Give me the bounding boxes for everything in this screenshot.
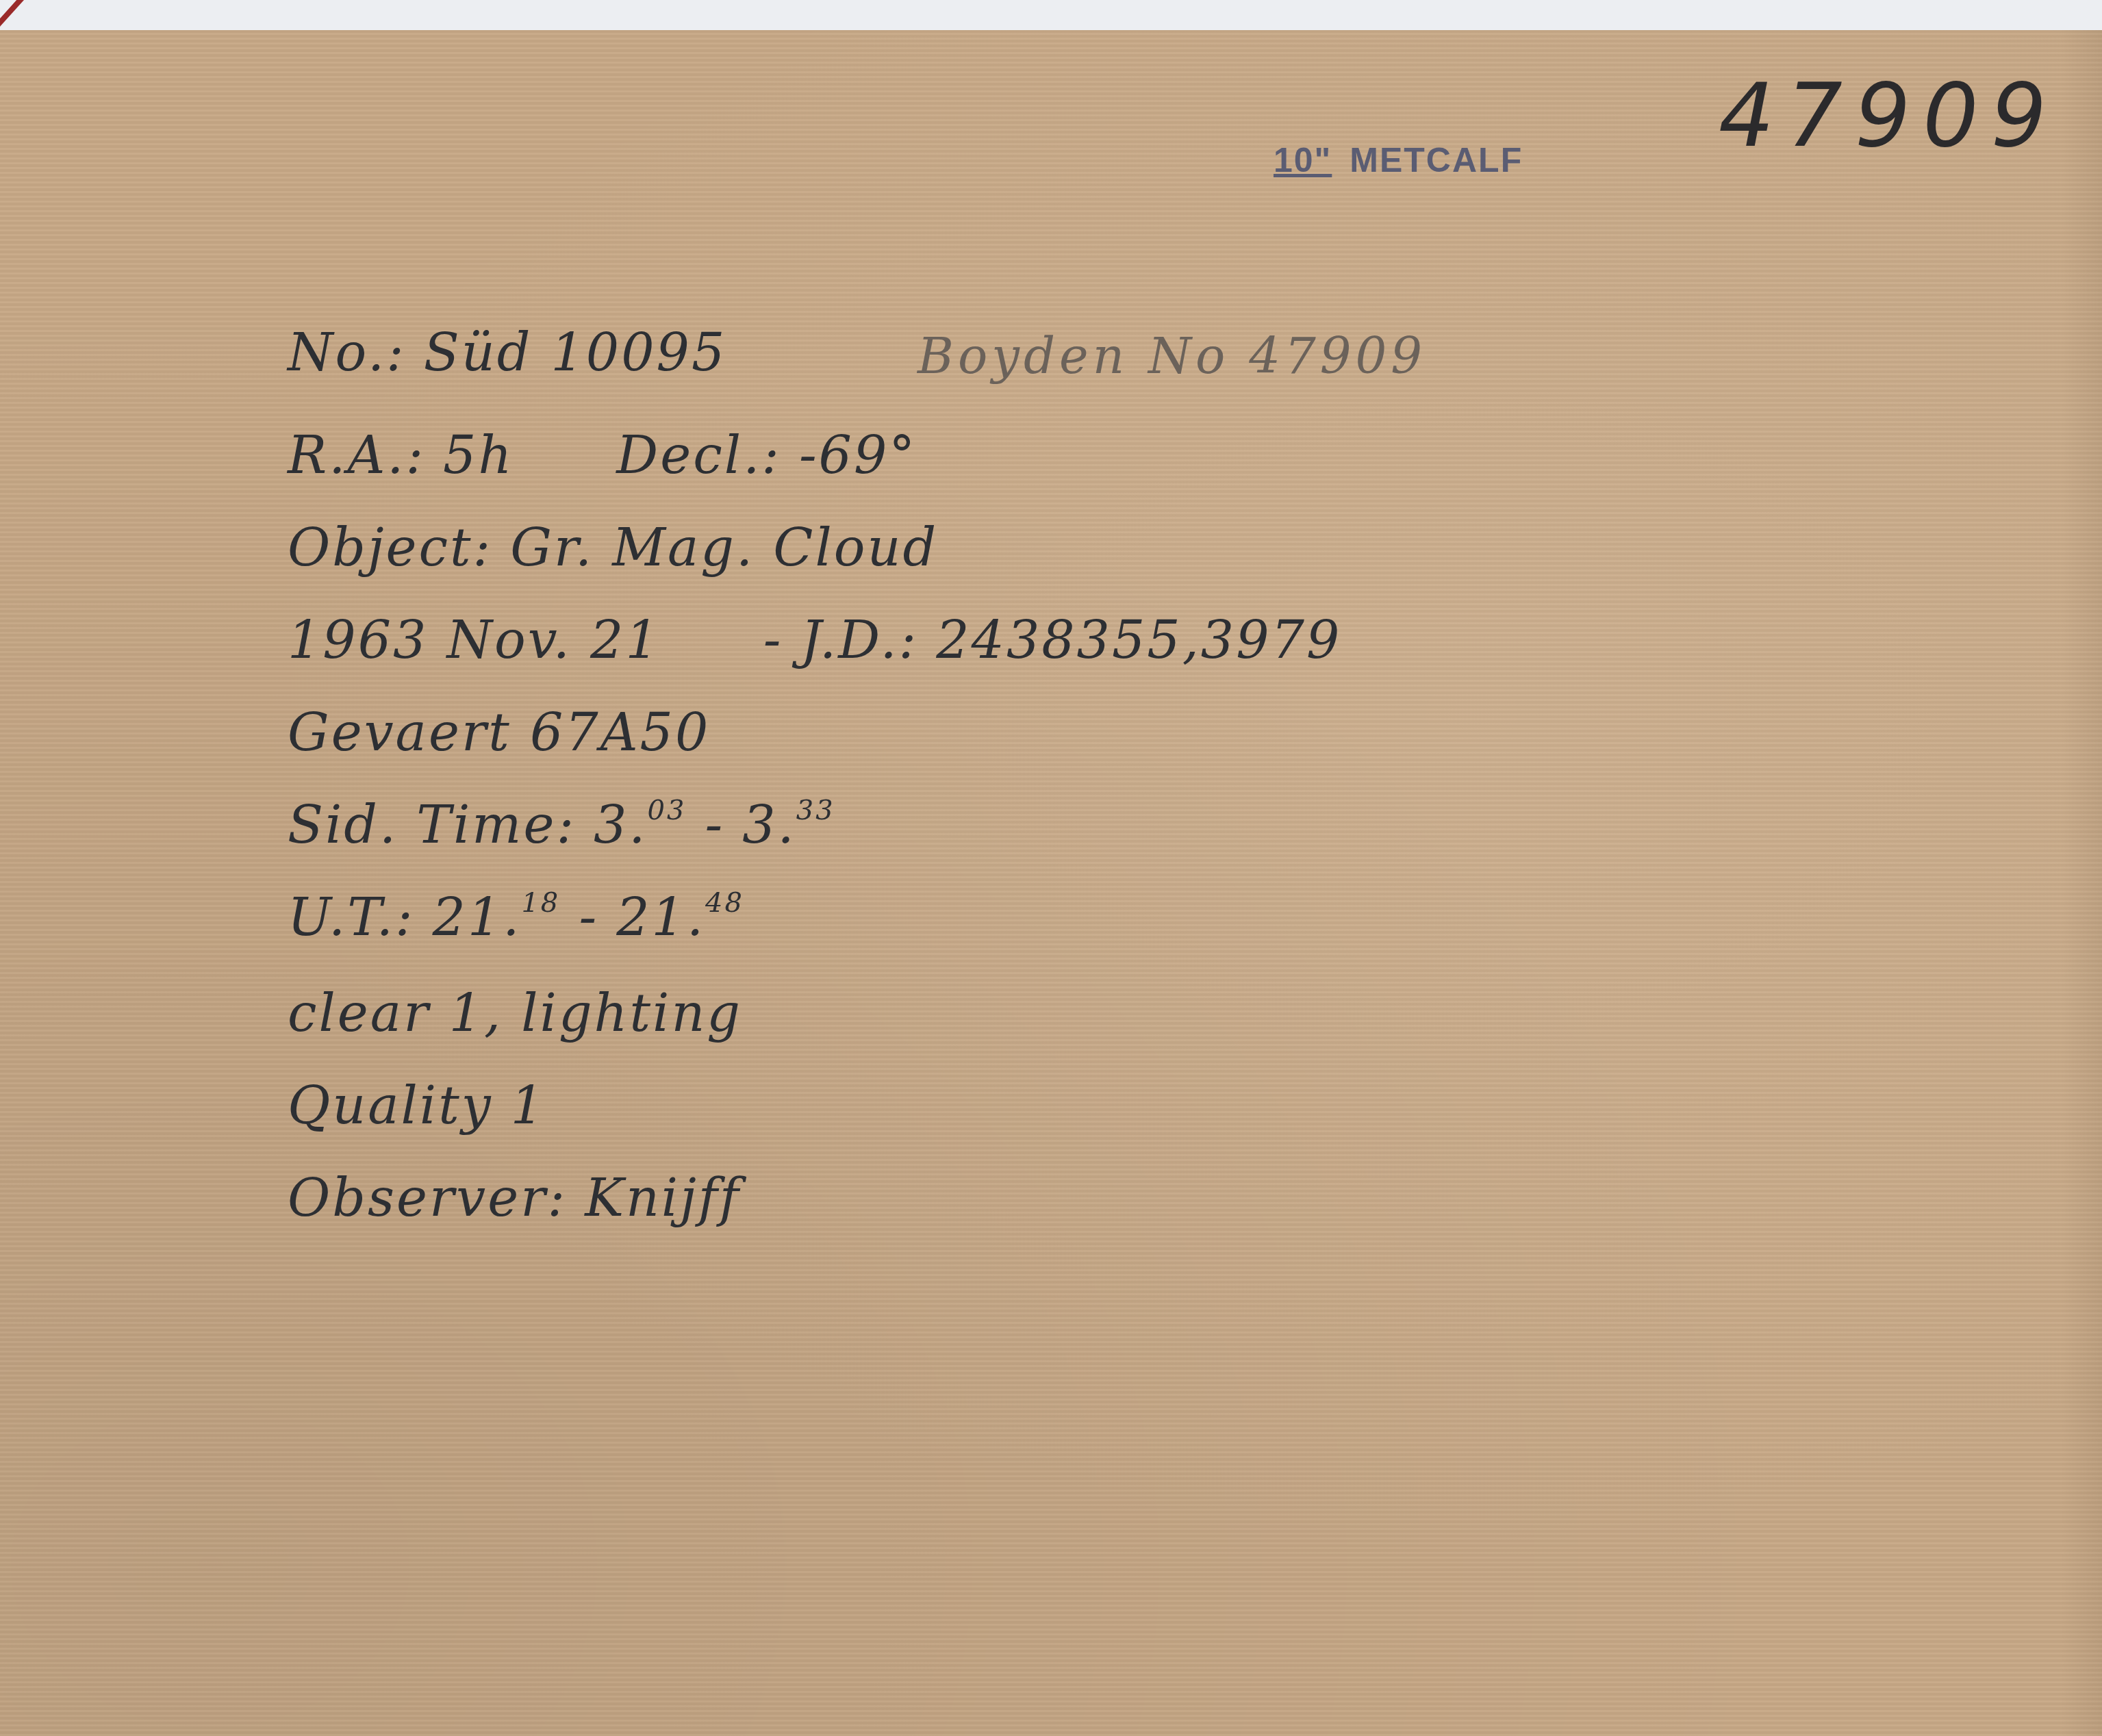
entry-object: Object:Gr. Mag. Cloud [288,517,938,578]
entry-label-dec: Decl.: [616,424,781,485]
entry-value: 1 [511,1075,546,1136]
time-end: 21. [616,886,705,947]
entry-value-jd: 2438355,3979 [936,609,1341,670]
plate-envelope [0,30,2102,1736]
time-end-minutes: 33 [796,795,835,826]
entry-label: Object: [288,517,492,578]
envelope-edge-shadow [2061,30,2102,1736]
entry-value-date: 1963 Nov. 21 [288,609,661,670]
stamp-telescope-name: METCALF [1350,141,1523,179]
entry-label: Sid. Time: [288,794,576,855]
entry-label: No.: [288,322,406,383]
time-end-minutes: 48 [705,887,744,919]
time-start: 21. [433,886,522,947]
entry-plate-no: No.:Süd 10095 [288,322,726,383]
entry-emulsion: Gevaert 67A50 [288,702,710,763]
plate-number: 47909 [1719,65,2059,167]
separator: - [763,609,783,670]
telescope-stamp: 10"METCALF [1274,140,1523,180]
entry-value-dec: -69° [799,424,917,485]
time-start-minutes: 18 [521,887,560,919]
entry-date-jd: 1963 Nov. 21-J.D.:2438355,3979 [288,609,1341,670]
entry-value: Süd 10095 [424,322,727,383]
entry-observer: Observer:Knijff [288,1167,741,1228]
entry-label: U.T.: [288,886,415,947]
entry-label: Observer: [288,1167,567,1228]
scanner-background [0,0,2102,30]
time-start: 3. [594,794,648,855]
stamp-aperture: 10" [1274,141,1332,179]
entry-sidereal-time: Sid. Time:3.03 -3.33 [288,794,835,855]
entry-label-jd: J.D.: [800,609,918,670]
separator: - [705,794,725,855]
entry-quality: Quality1 [288,1075,546,1136]
entry-value: Knijff [585,1167,741,1228]
time-start-minutes: 03 [648,795,687,826]
entry-label: Quality [288,1075,493,1136]
boyden-number-note: Boyden No 47909 [917,327,1426,385]
time-end: 3. [742,794,796,855]
entry-label-ra: R.A.: [288,424,425,485]
entry-value: Gr. Mag. Cloud [510,517,938,578]
entry-coordinates: R.A.:5hDecl.:-69° [288,424,917,485]
separator: - [579,886,598,947]
entry-universal-time: U.T.:21.18 -21.48 [288,886,744,947]
entry-value-ra: 5h [443,424,514,485]
entry-value: clear 1, lighting [288,982,742,1043]
entry-value: Gevaert 67A50 [288,702,710,763]
entry-conditions: clear 1, lighting [288,982,742,1043]
